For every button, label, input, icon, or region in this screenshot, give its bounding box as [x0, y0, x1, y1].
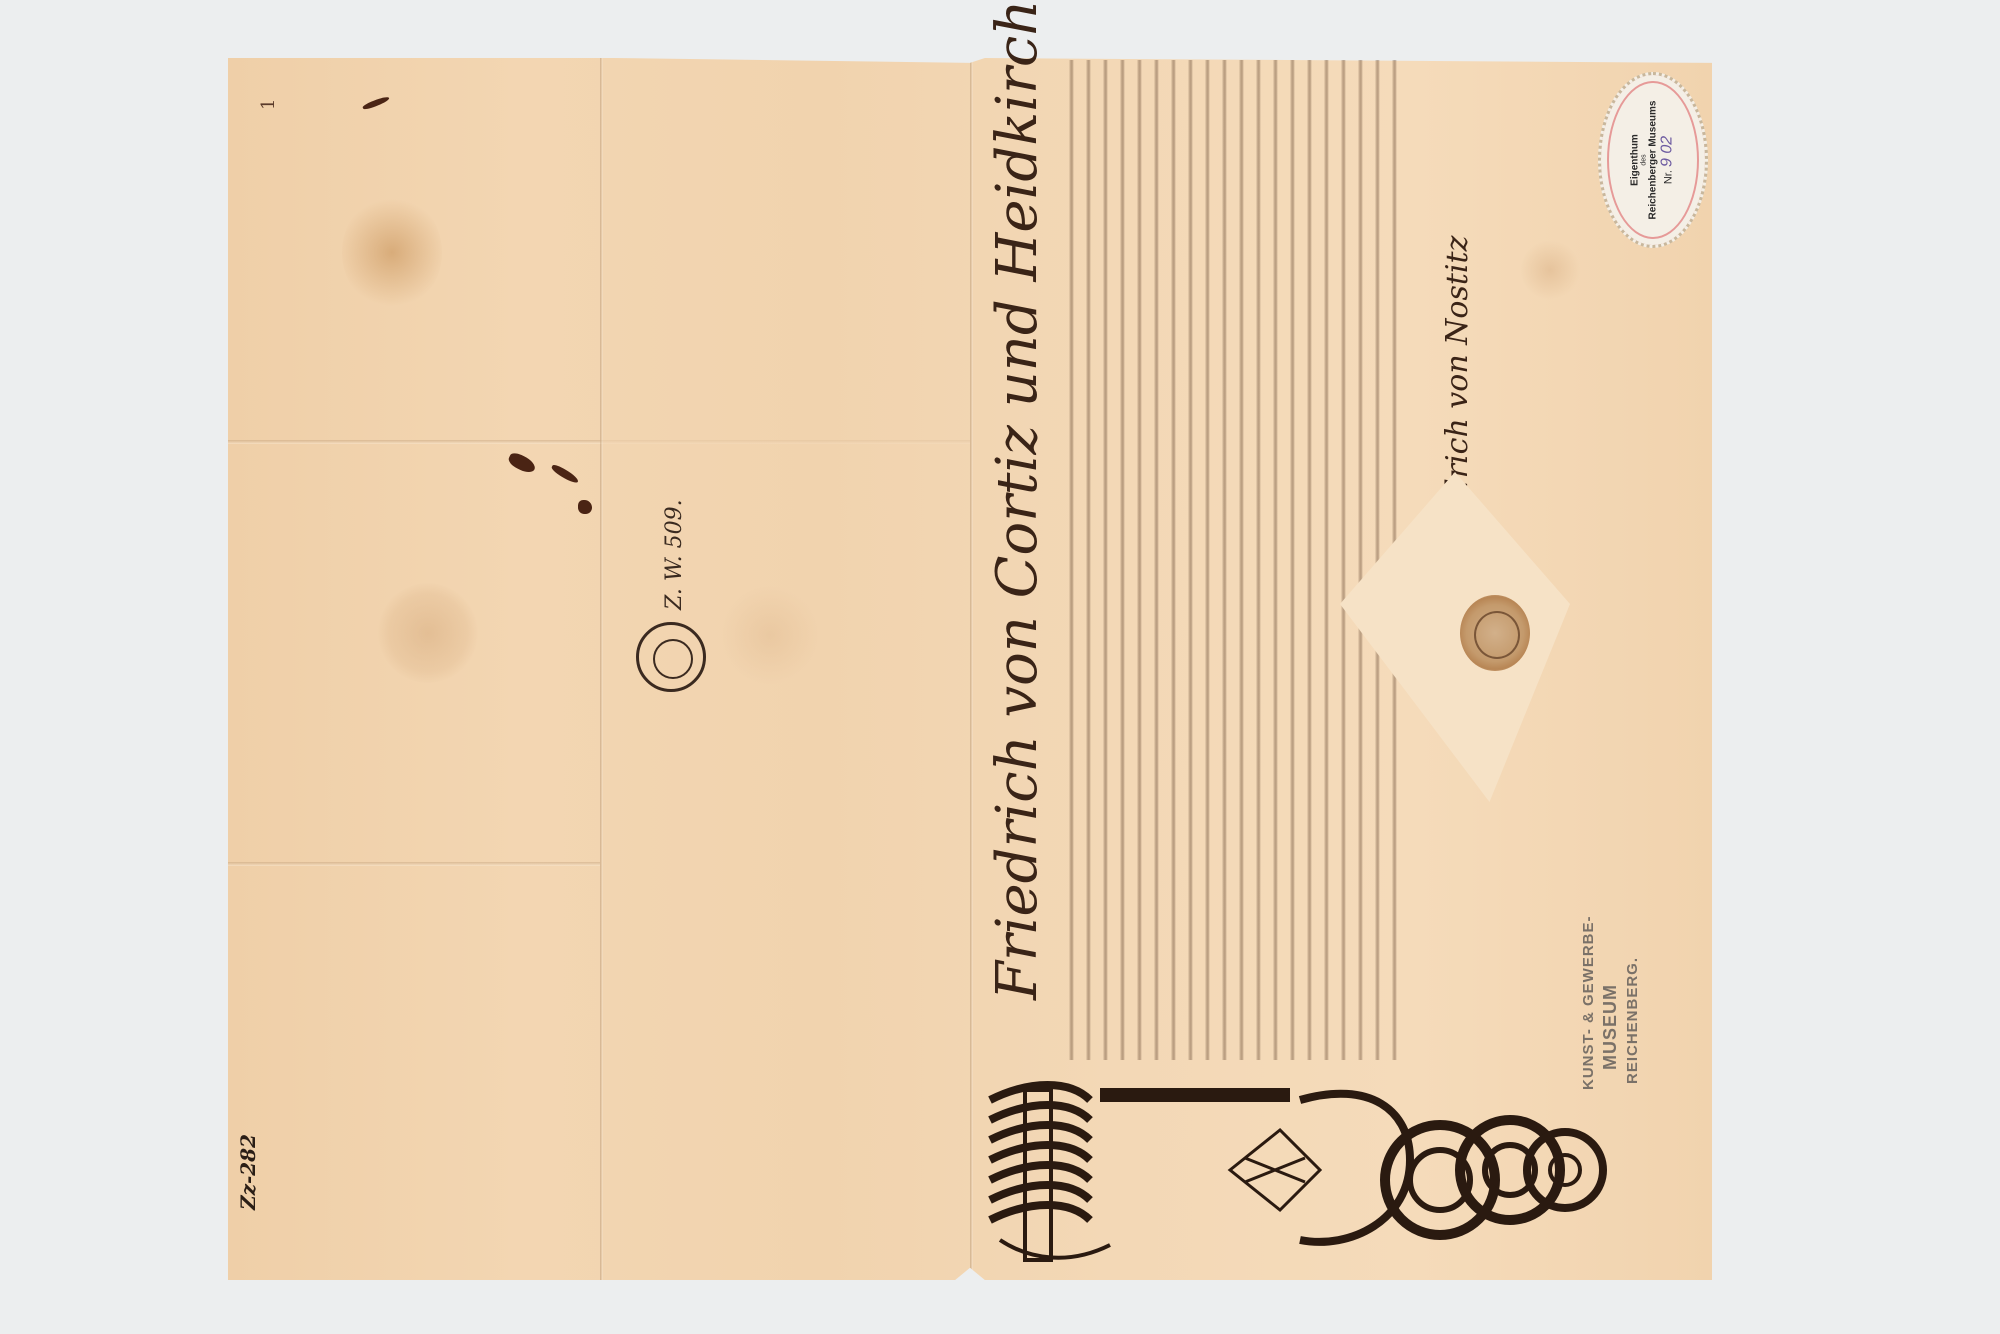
decorative-calligraphy-flourish [970, 1040, 1610, 1270]
label-line1: Eigenthum [1630, 101, 1641, 220]
label-number: 9 02 [1659, 136, 1676, 167]
horizontal-fold [228, 440, 600, 444]
inventory-number: Zz-282 [236, 1134, 260, 1210]
ink-spot [578, 500, 592, 514]
water-stain [1520, 240, 1580, 300]
corner-mark: 1 [258, 99, 279, 110]
handwritten-body-text [1060, 60, 1400, 1060]
label-line3: Reichenberger Museums [1648, 101, 1659, 220]
ownership-label: Eigenthum des Reichenberger Museums Nr. … [1598, 72, 1708, 248]
water-stain [342, 195, 442, 310]
horizontal-fold [228, 862, 600, 866]
calligraphic-heading: Friedrich von Cortiz und Heidkirchen Der… [985, 0, 1050, 1000]
archive-note: Z. W. 509. [662, 499, 687, 610]
label-number-prefix: Nr. [1663, 170, 1675, 184]
wax-seal [1460, 595, 1530, 671]
museum-stamp-line1: KUNST- & GEWERBE- [1580, 916, 1597, 1091]
museum-stamp-line3: REICHENBERG. [1624, 957, 1641, 1084]
round-museum-stamp [636, 622, 706, 692]
water-stain [720, 585, 820, 685]
vertical-fold [600, 58, 603, 1280]
water-stain [378, 583, 478, 683]
museum-stamp-line2: MUSEUM [1600, 984, 1621, 1070]
label-line2: des [1641, 101, 1648, 220]
horizontal-fold [600, 440, 970, 444]
